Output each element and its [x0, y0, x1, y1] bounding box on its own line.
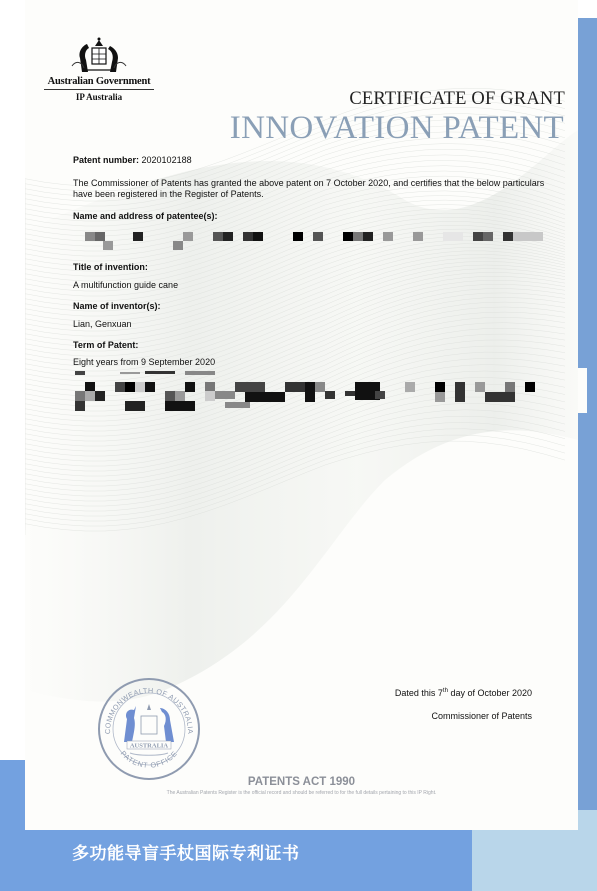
term-value: Eight years from 9 September 2020: [73, 357, 215, 367]
decorative-blue-bar: [578, 18, 597, 810]
paper-tab: [578, 368, 587, 413]
grant-statement: The Commissioner of Patents has granted …: [73, 178, 553, 200]
svg-text:COMMONWEALTH OF AUSTRALIA: COMMONWEALTH OF AUSTRALIA: [103, 686, 195, 734]
agency-name: IP Australia: [44, 92, 154, 102]
patent-number-label: Patent number:: [73, 155, 139, 165]
title-label: Title of invention:: [73, 262, 148, 272]
government-logo: Australian Government IP Australia: [44, 36, 154, 102]
patent-number: Patent number: 2020102188: [73, 155, 192, 165]
patentee-value-redacted: [75, 228, 555, 250]
chinese-caption: 多功能导盲手杖国际专利证书: [72, 839, 300, 864]
patents-act: PATENTS ACT 1990: [25, 776, 578, 788]
patent-office-seal: COMMONWEALTH OF AUSTRALIA PATENT OFFICE …: [94, 674, 204, 784]
svg-text:PATENT OFFICE: PATENT OFFICE: [119, 749, 180, 770]
additional-info-redacted: [75, 369, 555, 417]
patent-type-heading: INNOVATION PATENT: [230, 110, 564, 147]
inventor-label: Name of inventor(s):: [73, 301, 161, 311]
dated-line: Dated this 7th day of October 2020: [395, 688, 532, 698]
certificate-title: CERTIFICATE OF GRANT: [349, 89, 565, 110]
certificate-document: Australian Government IP Australia CERTI…: [25, 0, 578, 830]
inventor-value: Lian, Genxuan: [73, 319, 132, 329]
patent-number-value: 2020102188: [142, 155, 192, 165]
register-disclaimer: The Australian Patents Register is the o…: [25, 790, 578, 796]
coat-of-arms-icon: [68, 36, 130, 74]
signatory: Commissioner of Patents: [431, 711, 532, 721]
government-name: Australian Government: [44, 76, 154, 90]
patentee-label: Name and address of patentee(s):: [73, 211, 218, 221]
term-label: Term of Patent:: [73, 340, 138, 350]
title-value: A multifunction guide cane: [73, 280, 178, 290]
svg-text:AUSTRALIA: AUSTRALIA: [130, 743, 169, 750]
